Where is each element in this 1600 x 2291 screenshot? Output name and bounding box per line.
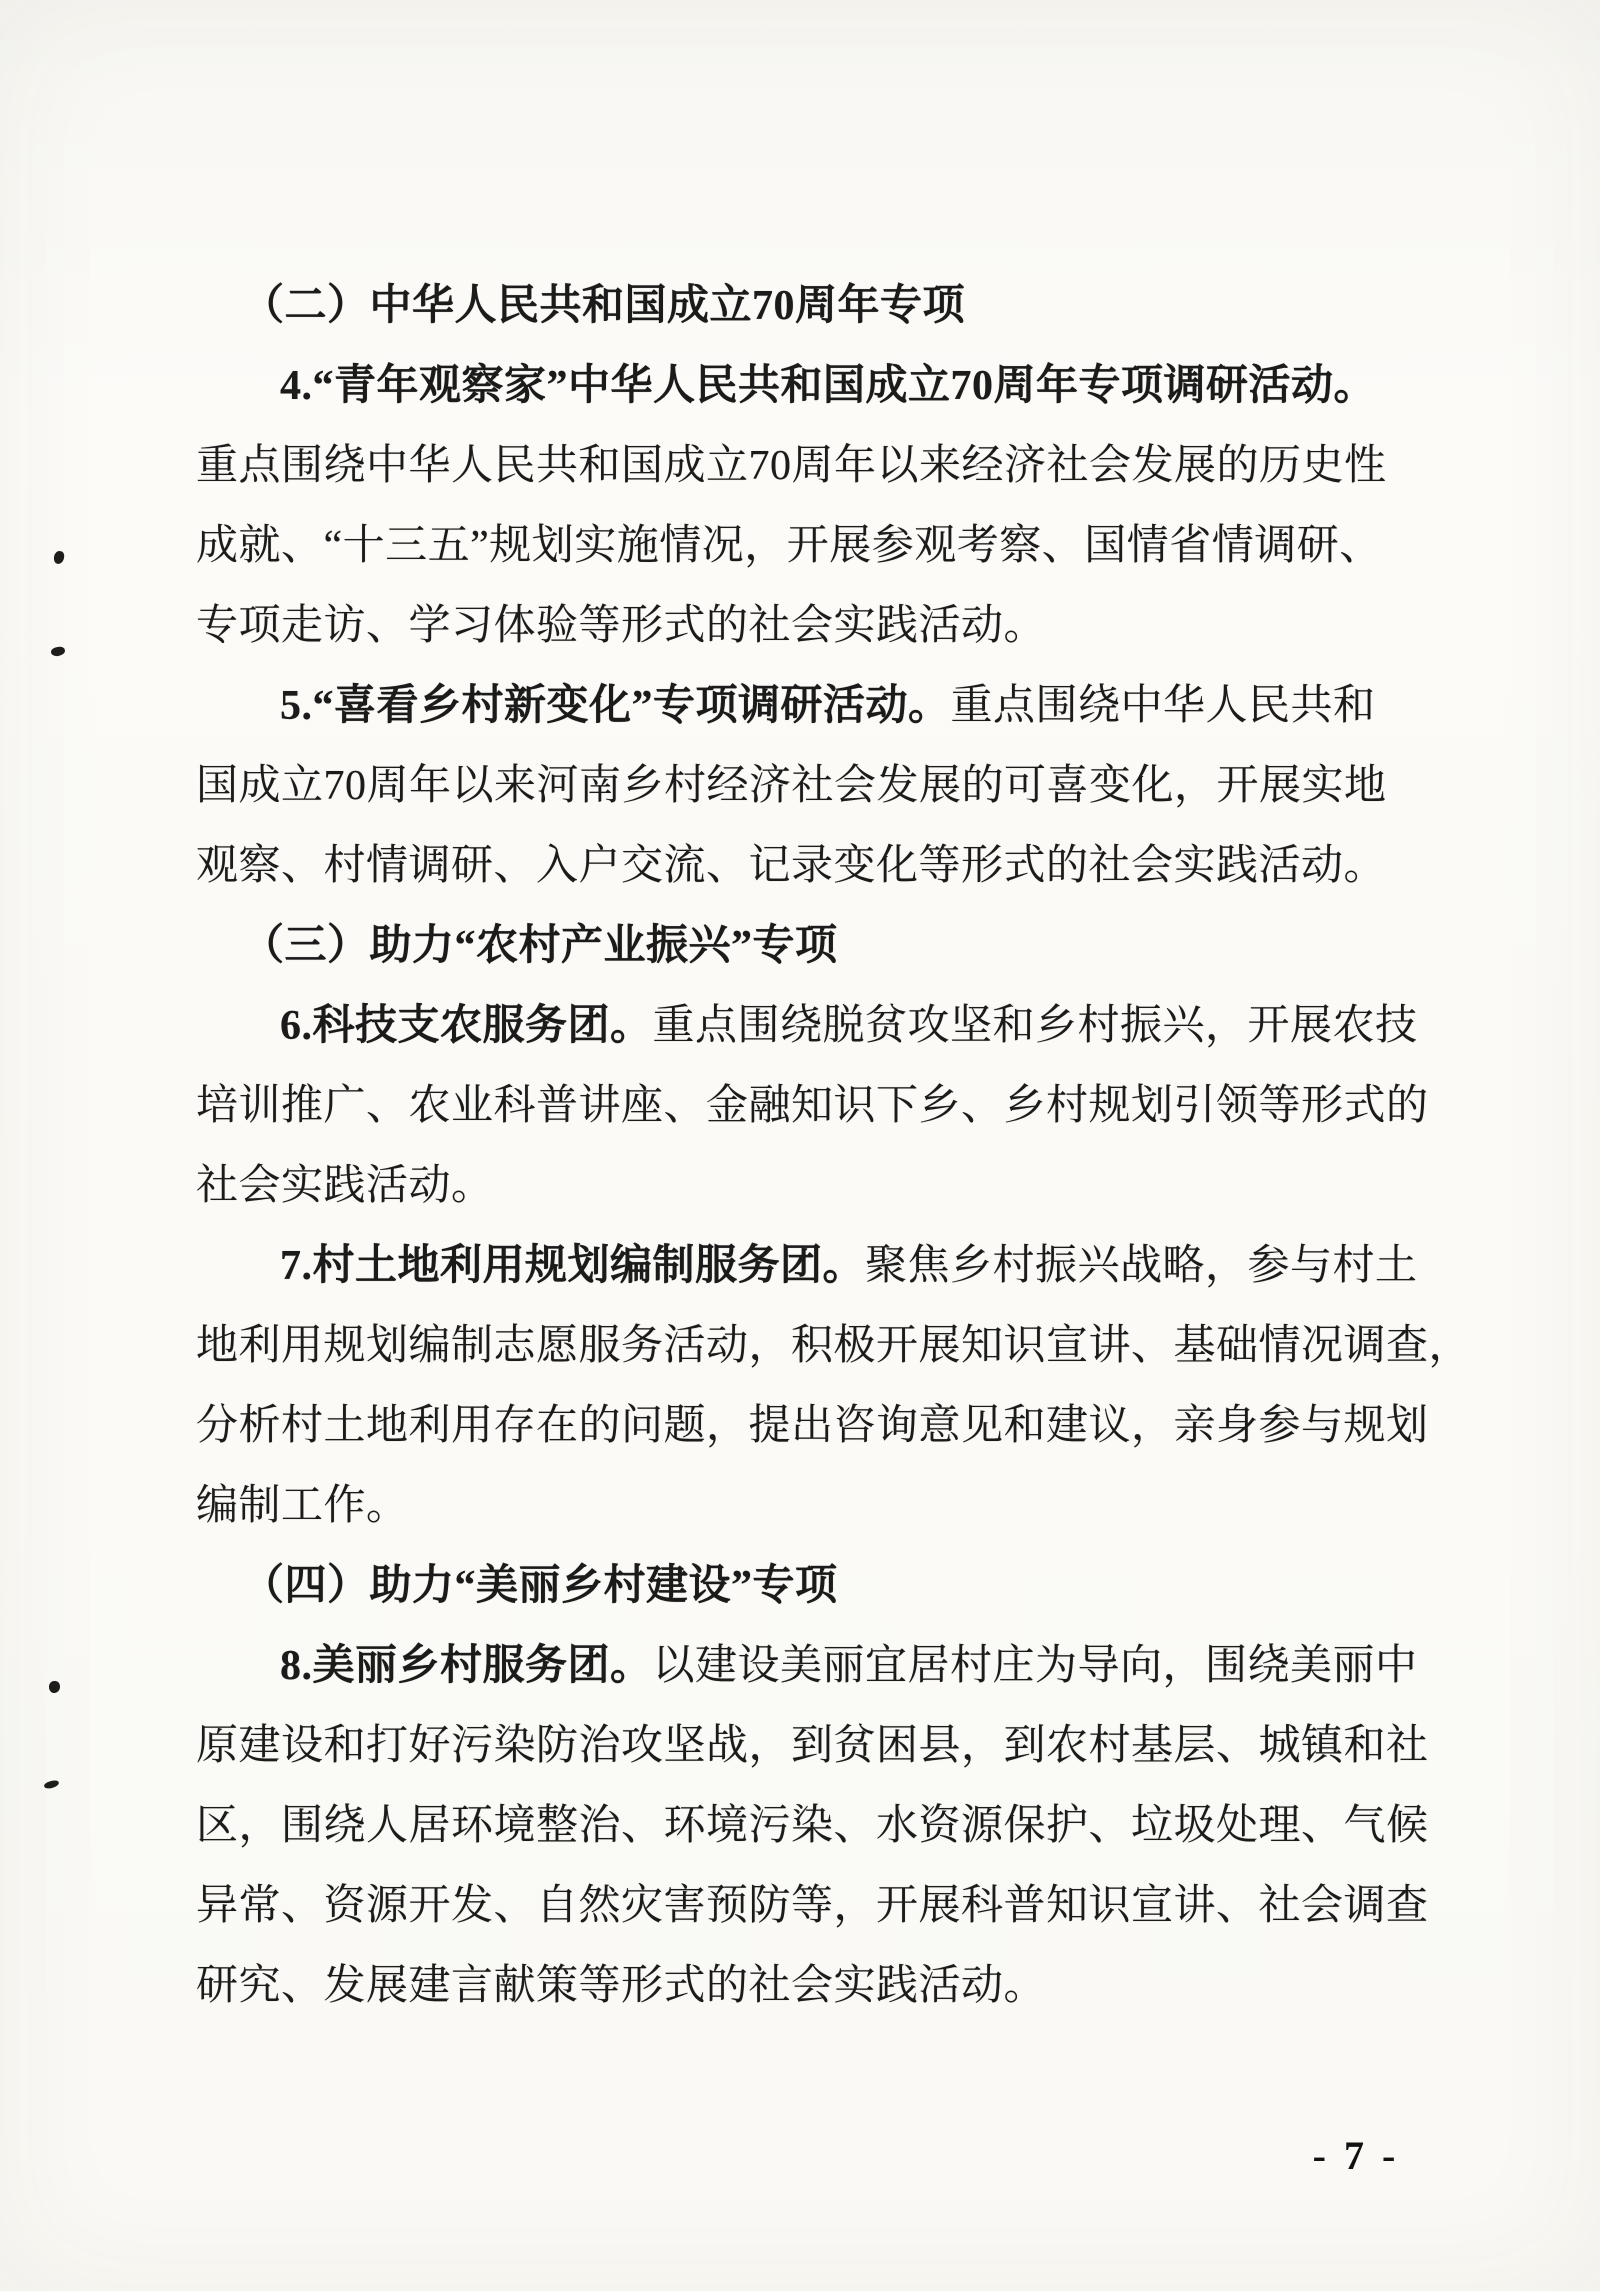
body-text: 重点围绕中华人民共和国成立70周年以来经济社会发展的历史性 [196,443,1387,489]
body-text: 编制工作。 [196,1483,409,1529]
text-line: 重点围绕中华人民共和国成立70周年以来经济社会发展的历史性 [196,426,1386,506]
body-text: 分析村土地利用存在的问题，提出咨询意见和建议，亲身参与规划 [196,1403,1429,1449]
ink-speck [50,646,65,657]
body-text: 社会实践活动。 [196,1163,494,1209]
ink-speck [49,1681,60,1693]
text-line: 专项走访、学习体验等形式的社会实践活动。 [196,586,1386,666]
text-line: 7.村土地利用规划编制服务团。聚焦乡村振兴战略，参与村土 [196,1226,1386,1306]
text-line: 编制工作。 [196,1466,1386,1546]
body-text: 专项走访、学习体验等形式的社会实践活动。 [196,603,1046,649]
text-line: 异常、资源开发、自然灾害预防等，开展科普知识宣讲、社会调查 [196,1866,1386,1946]
text-line: 8.美丽乡村服务团。以建设美丽宜居村庄为导向，围绕美丽中 [196,1626,1386,1706]
document-body: （二）中华人民共和国成立70周年专项 4.“青年观察家”中华人民共和国成立70周… [196,266,1386,2026]
body-text: 聚焦乡村振兴战略，参与村土 [865,1243,1418,1289]
section-heading-2: （二）中华人民共和国成立70周年专项 [196,266,1386,346]
body-text: 成就、“十三五”规划实施情况，开展参观考察、国情省情调研、 [196,523,1382,569]
text-line: 研究、发展建言献策等形式的社会实践活动。 [196,1946,1386,2026]
document-page: （二）中华人民共和国成立70周年专项 4.“青年观察家”中华人民共和国成立70周… [0,0,1600,2291]
body-text: 原建设和打好污染防治攻坚战，到贫困县，到农村基层、城镇和社 [196,1723,1429,1769]
item-6-title: 6.科技支农服务团。 [280,1003,653,1049]
body-text: 培训推广、农业科普讲座、金融知识下乡、乡村规划引领等形式的 [196,1083,1429,1129]
text-line: 6.科技支农服务团。重点围绕脱贫攻坚和乡村振兴，开展农技 [196,986,1386,1066]
item-5-title: 5.“喜看乡村新变化”专项调研活动。 [280,683,951,729]
section-heading-4: （四）助力“美丽乡村建设”专项 [196,1546,1386,1626]
section-heading-text: （三）助力“农村产业振兴”专项 [242,923,838,969]
body-text: 区，围绕人居环境整治、环境污染、水资源保护、垃圾处理、气候 [196,1803,1429,1849]
text-line: 国成立70周年以来河南乡村经济社会发展的可喜变化，开展实地 [196,746,1386,826]
body-text: 异常、资源开发、自然灾害预防等，开展科普知识宣讲、社会调查 [196,1883,1429,1929]
page-number: - 7 - [1296,2126,1416,2186]
text-line: 4.“青年观察家”中华人民共和国成立70周年专项调研活动。 [196,346,1386,426]
body-text: 观察、村情调研、入户交流、记录变化等形式的社会实践活动。 [196,843,1386,889]
item-8-title: 8.美丽乡村服务团。 [280,1643,653,1689]
body-text: 地利用规划编制志愿服务活动，积极开展知识宣讲、基础情况调查， [196,1323,1471,1369]
section-heading-3: （三）助力“农村产业振兴”专项 [196,906,1386,986]
section-heading-text: （二）中华人民共和国成立70周年专项 [242,283,965,329]
text-line: 成就、“十三五”规划实施情况，开展参观考察、国情省情调研、 [196,506,1386,586]
body-text: 重点围绕脱贫攻坚和乡村振兴，开展农技 [653,1003,1418,1049]
body-text: 重点围绕中华人民共和 [951,683,1376,729]
body-text: 以建设美丽宜居村庄为导向，围绕美丽中 [653,1643,1418,1689]
section-heading-text: （四）助力“美丽乡村建设”专项 [242,1563,838,1609]
ink-speck [53,550,65,565]
body-text: 研究、发展建言献策等形式的社会实践活动。 [196,1963,1046,2009]
item-7-title: 7.村土地利用规划编制服务团。 [280,1243,865,1289]
text-line: 原建设和打好污染防治攻坚战，到贫困县，到农村基层、城镇和社 [196,1706,1386,1786]
item-4-title: 4.“青年观察家”中华人民共和国成立70周年专项调研活动。 [280,363,1376,409]
text-line: 观察、村情调研、入户交流、记录变化等形式的社会实践活动。 [196,826,1386,906]
text-line: 地利用规划编制志愿服务活动，积极开展知识宣讲、基础情况调查， [196,1306,1386,1386]
body-text: 国成立70周年以来河南乡村经济社会发展的可喜变化，开展实地 [196,763,1387,809]
ink-speck [43,1779,59,1789]
text-line: 分析村土地利用存在的问题，提出咨询意见和建议，亲身参与规划 [196,1386,1386,1466]
text-line: 5.“喜看乡村新变化”专项调研活动。重点围绕中华人民共和 [196,666,1386,746]
text-line: 区，围绕人居环境整治、环境污染、水资源保护、垃圾处理、气候 [196,1786,1386,1866]
text-line: 培训推广、农业科普讲座、金融知识下乡、乡村规划引领等形式的 [196,1066,1386,1146]
text-line: 社会实践活动。 [196,1146,1386,1226]
